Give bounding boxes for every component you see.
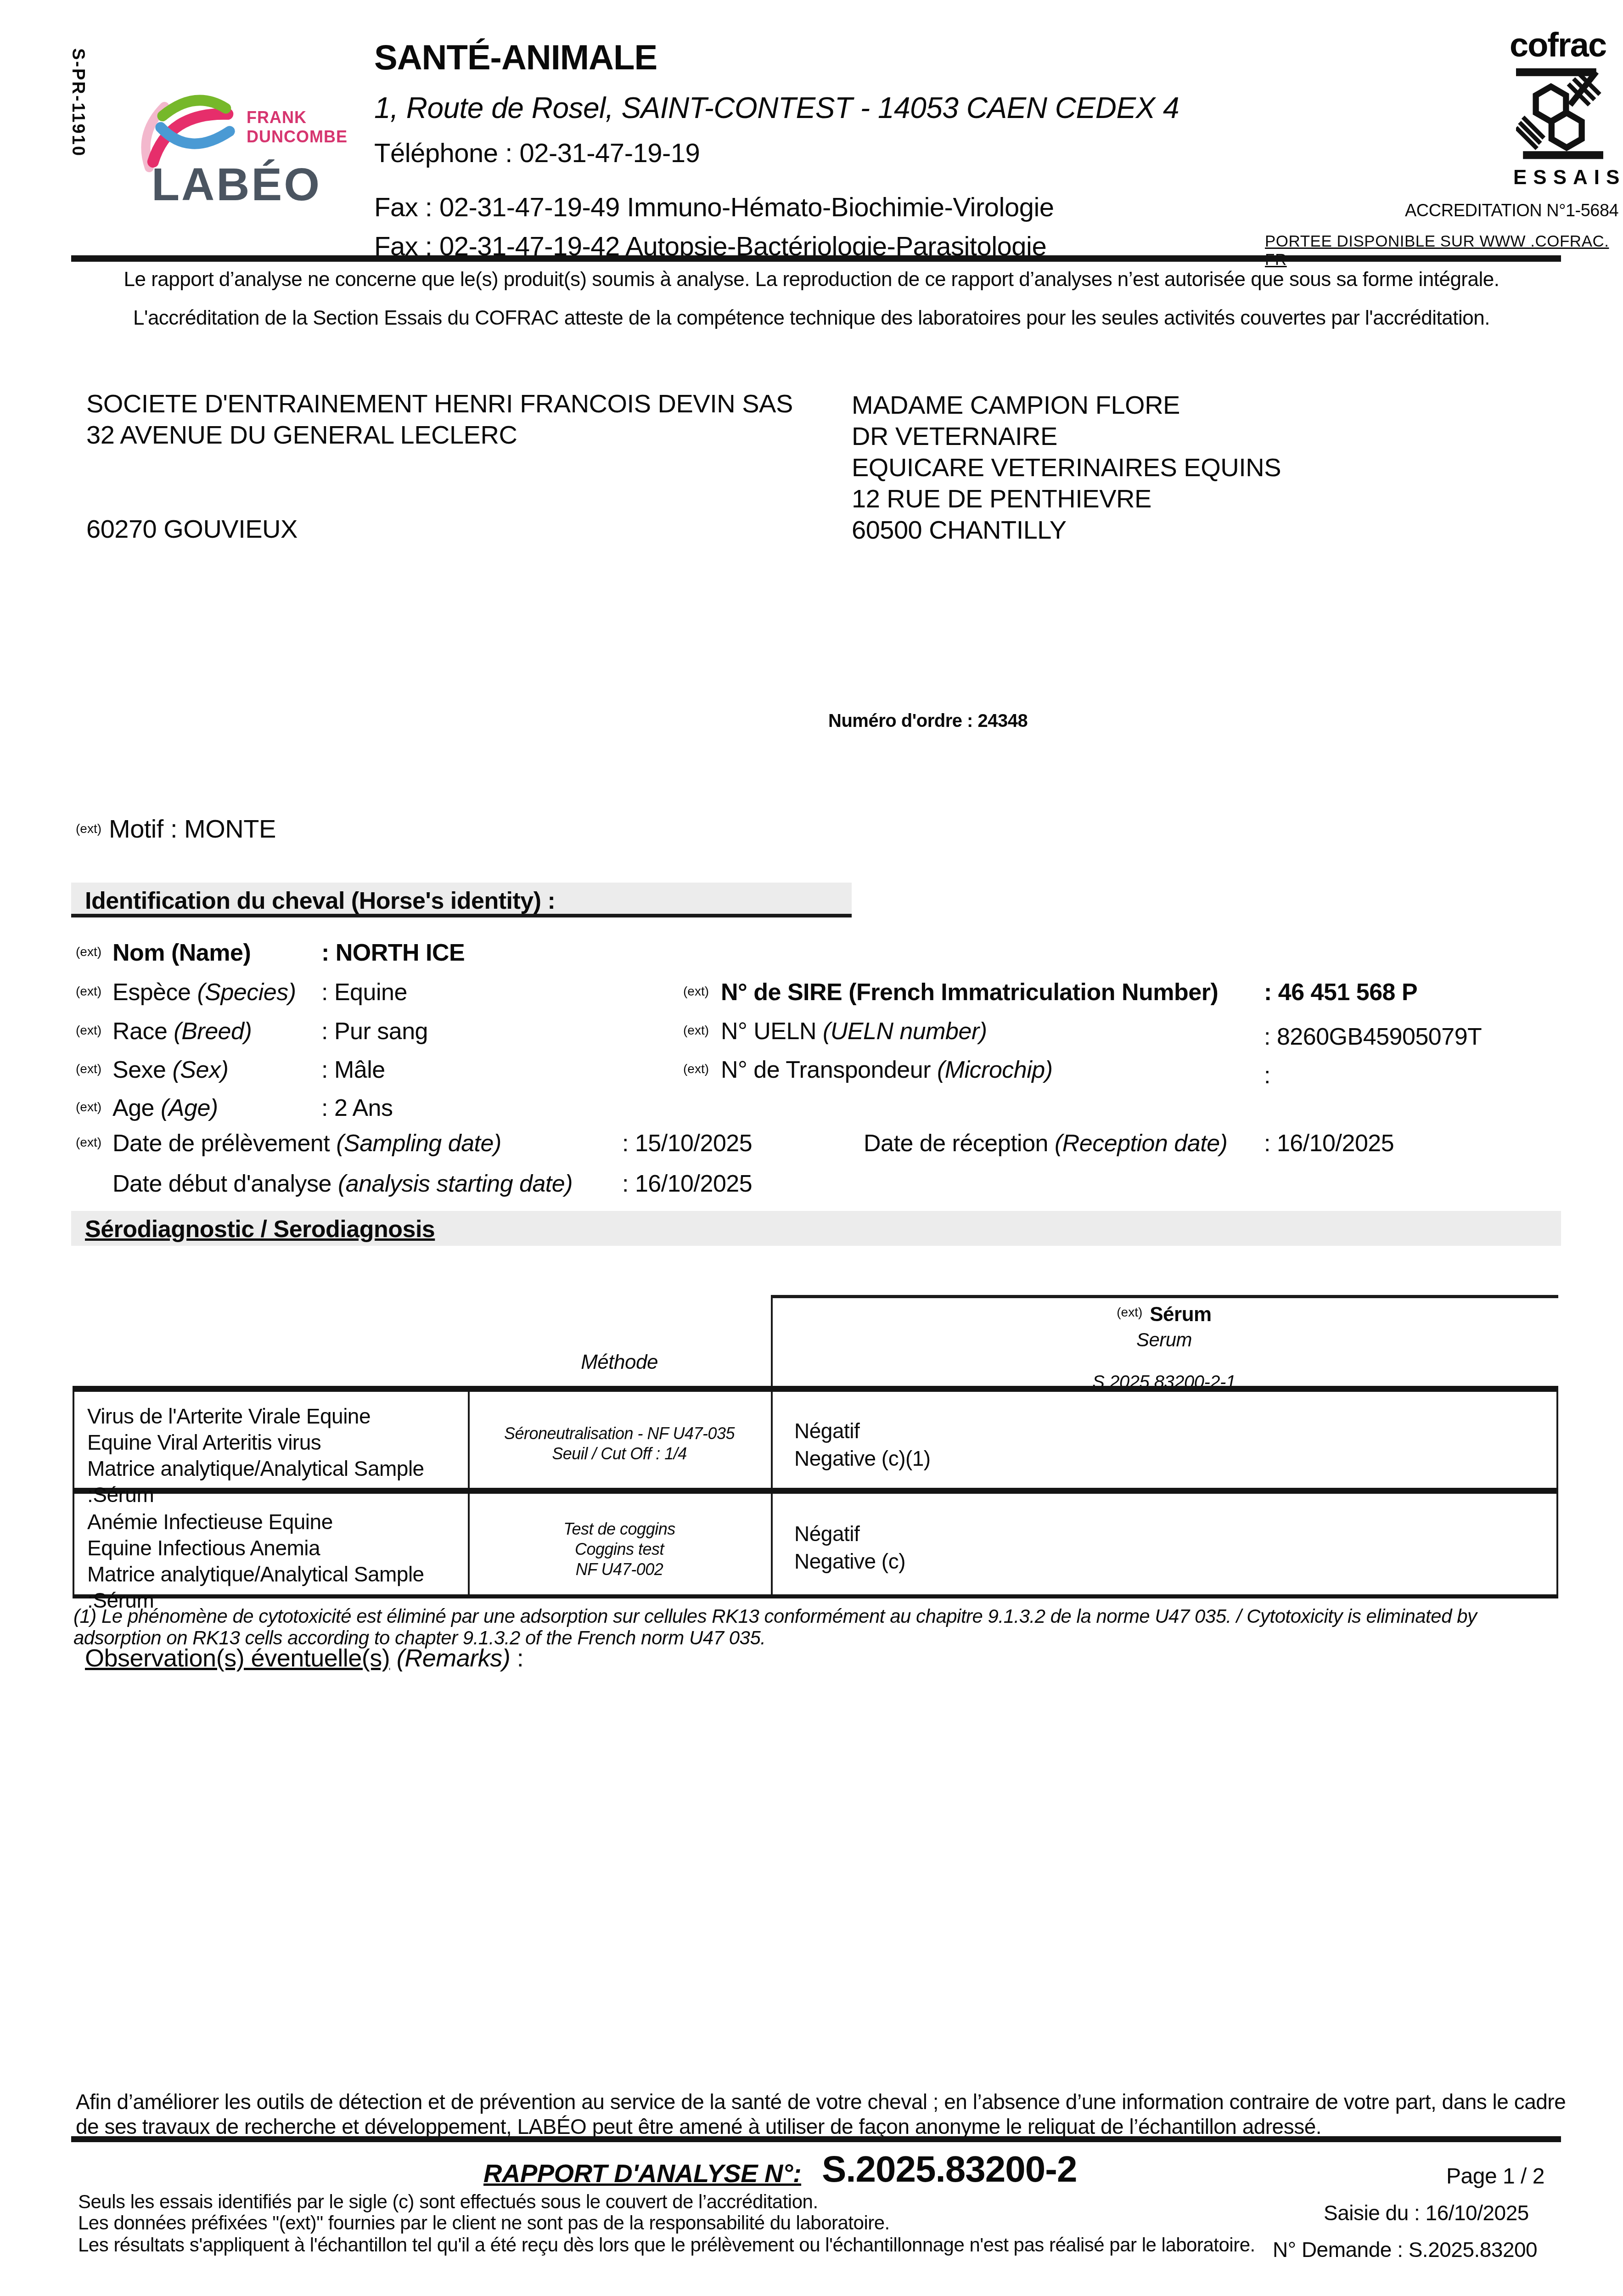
table-row: Virus de l'Arterite Virale Equine Equine…	[87, 1403, 464, 1508]
recipient-line2: DR VETERNAIRE	[852, 421, 1281, 452]
report-number: S.2025.83200-2	[822, 2148, 1077, 2190]
observations-colon: :	[510, 1644, 523, 1672]
recipient-address: MADAME CAMPION FLORE DR VETERNAIRE EQUIC…	[852, 389, 1281, 546]
sender-line1: SOCIETE D'ENTRAINEMENT HENRI FRANCOIS DE…	[86, 388, 793, 419]
row-nom: (ext) Nom (Name) : NORTH ICE	[76, 939, 810, 967]
ext-tag: (ext)	[683, 984, 709, 998]
race-label: Race (Breed)	[112, 1018, 252, 1045]
sexe-value: : Mâle	[321, 1056, 385, 1084]
reception-label: Date de réception (Reception date)	[864, 1130, 1227, 1157]
table-row: Anémie Infectieuse Equine Equine Infecti…	[87, 1509, 464, 1614]
recipient-line5: 60500 CHANTILLY	[852, 514, 1281, 546]
row-sire: (ext) N° de SIRE (French Immatriculation…	[683, 979, 1601, 1006]
ext-tag: (ext)	[76, 945, 101, 959]
method-line: Seuil / Cut Off : 1/4	[468, 1444, 771, 1464]
debut-label: Date début d'analyse (analysis starting …	[112, 1170, 573, 1198]
accreditation-number: ACCREDITATION N°1-5684	[1405, 201, 1618, 221]
method-line: NF U47-002	[468, 1559, 771, 1580]
row-reception: Date de réception (Reception date) : 16/…	[864, 1130, 1598, 1157]
recipient-line1: MADAME CAMPION FLORE	[852, 389, 1281, 421]
result-line: Négatif	[794, 1417, 1483, 1445]
sire-value: : 46 451 568 P	[1264, 979, 1417, 1006]
methode-header: Méthode	[468, 1351, 771, 1374]
nom-value: : NORTH ICE	[321, 939, 465, 967]
race-value: : Pur sang	[321, 1018, 428, 1045]
sample-name-line: (ext)Sérum	[771, 1303, 1557, 1326]
logo-brand-bottom: DUNCOMBE	[247, 127, 348, 146]
report-label: RAPPORT D'ANALYSE N°:	[483, 2158, 801, 2188]
method-line: Séroneutralisation - NF U47-035	[468, 1424, 771, 1444]
cofrac-section: ESSAIS	[1513, 166, 1623, 189]
observations-label: Observation(s) éventuelle(s)	[85, 1644, 390, 1672]
ext-tag: (ext)	[76, 1135, 101, 1149]
nom-label: Nom (Name)	[112, 939, 251, 967]
recipient-line3: EQUICARE VETERINAIRES EQUINS	[852, 452, 1281, 483]
recipient-line4: 12 RUE DE PENTHIEVRE	[852, 483, 1281, 514]
cofrac-portee-link[interactable]: PORTEE DISPONIBLE SUR WWW .COFRAC. FR	[1265, 232, 1623, 269]
analyte-name-en: Equine Viral Arteritis virus	[87, 1429, 464, 1456]
ext-tag: (ext)	[683, 1062, 709, 1076]
identification-header: Identification du cheval (Horse's identi…	[71, 883, 852, 917]
sender-line2: 32 AVENUE DU GENERAL LECLERC	[86, 419, 793, 450]
lab-phone: Téléphone : 02-31-47-19-19	[374, 138, 700, 169]
prelevement-label: Date de prélèvement (Sampling date)	[112, 1130, 501, 1157]
cofrac-essais-icon	[1516, 64, 1603, 163]
disclaimer-line1: Le rapport d’analyse ne concerne que le(…	[0, 268, 1623, 291]
table-col2-border	[771, 1392, 773, 1598]
method-cell: Test de coggins Coggins test NF U47-002	[468, 1519, 771, 1580]
table-header-topline	[771, 1295, 1558, 1298]
ext-tag: (ext)	[76, 984, 101, 998]
logo-brand-top: FRANK	[247, 108, 307, 127]
labeo-logo: FRANK DUNCOMBE LABÉO	[126, 76, 347, 227]
footer-note3: Les résultats s'appliquent à l'échantill…	[78, 2234, 1255, 2256]
age-label: Age (Age)	[112, 1094, 218, 1122]
row-ueln: (ext) N° UELN (UELN number) : 8260GB4590…	[683, 1018, 1601, 1045]
cofrac-wordmark: cofrac	[1510, 25, 1606, 64]
result-line: Negative (c)	[794, 1548, 1483, 1575]
ext-tag: (ext)	[76, 1100, 101, 1114]
motif-line: (ext)Motif : MONTE	[76, 814, 276, 844]
result-cell: Négatif Negative (c)(1)	[794, 1417, 1483, 1472]
disclaimer-line2: L'accréditation de la Section Essais du …	[0, 307, 1623, 330]
document-code-vertical: S-PR-11910	[68, 48, 88, 157]
sero-header-bar: Sérodiagnostic / Serodiagnosis	[71, 1211, 1561, 1246]
prelevement-value: : 15/10/2025	[622, 1130, 752, 1157]
footer-note2: Les données préfixées "(ext)" fournies p…	[78, 2212, 890, 2234]
analyte-name-en: Equine Infectious Anemia	[87, 1535, 464, 1561]
lab-fax1: Fax : 02-31-47-19-49 Immuno-Hémato-Bioch…	[374, 192, 1054, 223]
motif-text: Motif : MONTE	[109, 814, 276, 843]
sexe-label: Sexe (Sex)	[112, 1056, 228, 1084]
sender-city: 60270 GOUVIEUX	[86, 513, 298, 545]
espece-label: Espèce (Species)	[112, 979, 296, 1006]
footer-rule	[71, 2136, 1561, 2142]
reception-value: : 16/10/2025	[1264, 1130, 1394, 1157]
lab-address: 1, Route de Rosel, SAINT-CONTEST - 14053…	[374, 91, 1179, 125]
row-prelevement: (ext) Date de prélèvement (Sampling date…	[76, 1130, 810, 1157]
row-transpondeur: (ext) N° de Transpondeur (Microchip) :	[683, 1056, 1601, 1084]
debut-value: : 16/10/2025	[622, 1170, 752, 1198]
order-number: Numéro d'ordre : 24348	[828, 711, 1028, 732]
footer-note1: Seuls les essais identifiés par le sigle…	[78, 2191, 818, 2212]
ext-tag: (ext)	[1117, 1305, 1142, 1319]
ueln-label: N° UELN (UELN number)	[721, 1018, 987, 1045]
page-indicator: Page 1 / 2	[1446, 2164, 1544, 2189]
table-rule-1	[73, 1386, 1558, 1392]
age-value: : 2 Ans	[321, 1094, 393, 1122]
saisie-date: Saisie du : 16/10/2025	[1324, 2200, 1529, 2225]
sender-address: SOCIETE D'ENTRAINEMENT HENRI FRANCOIS DE…	[86, 388, 793, 450]
sample-name-en: Serum	[771, 1329, 1557, 1351]
analyte-name-fr: Anémie Infectieuse Equine	[87, 1509, 464, 1535]
table-left-border	[73, 1392, 74, 1598]
transpondeur-value: :	[1264, 1062, 1270, 1089]
method-line: Test de coggins	[468, 1519, 771, 1539]
result-line: Negative (c)(1)	[794, 1445, 1483, 1472]
sample-header: (ext)Sérum Serum S.2025.83200-2-1	[771, 1303, 1557, 1393]
table-footnote: (1) Le phénomène de cytotoxicité est éli…	[73, 1605, 1561, 1649]
ext-tag: (ext)	[683, 1023, 709, 1037]
result-line: Négatif	[794, 1520, 1483, 1548]
row-age: (ext) Age (Age) : 2 Ans	[76, 1094, 810, 1122]
analyte-name-fr: Virus de l'Arterite Virale Equine	[87, 1403, 464, 1429]
method-line: Coggins test	[468, 1539, 771, 1559]
header-rule	[71, 255, 1561, 262]
demande-number: N° Demande : S.2025.83200	[1273, 2237, 1537, 2262]
report-page: S-PR-11910 FRANK DUNCOMBE LABÉO SANTÉ-AN…	[0, 0, 1623, 2296]
table-right-border	[1556, 1392, 1558, 1598]
logo-name: LABÉO	[152, 158, 321, 211]
analyte-matrix: Matrice analytique/Analytical Sample :Sé…	[87, 1456, 464, 1508]
result-cell: Négatif Negative (c)	[794, 1520, 1483, 1575]
ueln-value: : 8260GB45905079T	[1264, 1023, 1482, 1051]
page-title: SANTÉ-ANIMALE	[374, 38, 657, 78]
observations-line: Observation(s) éventuelle(s) (Remarks) :	[85, 1644, 523, 1672]
sire-label: N° de SIRE (French Immatriculation Numbe…	[721, 979, 1218, 1006]
ext-tag: (ext)	[76, 822, 101, 836]
sero-title: Sérodiagnostic / Serodiagnosis	[85, 1216, 435, 1243]
espece-value: : Equine	[321, 979, 407, 1006]
method-cell: Séroneutralisation - NF U47-035 Seuil / …	[468, 1424, 771, 1464]
observations-label-en: (Remarks)	[397, 1644, 511, 1672]
sample-name: Sérum	[1150, 1303, 1211, 1326]
ext-tag: (ext)	[76, 1023, 101, 1037]
research-note: Afin d’améliorer les outils de détection…	[76, 2089, 1572, 2139]
transpondeur-label: N° de Transpondeur (Microchip)	[721, 1056, 1053, 1084]
ext-tag: (ext)	[76, 1062, 101, 1076]
